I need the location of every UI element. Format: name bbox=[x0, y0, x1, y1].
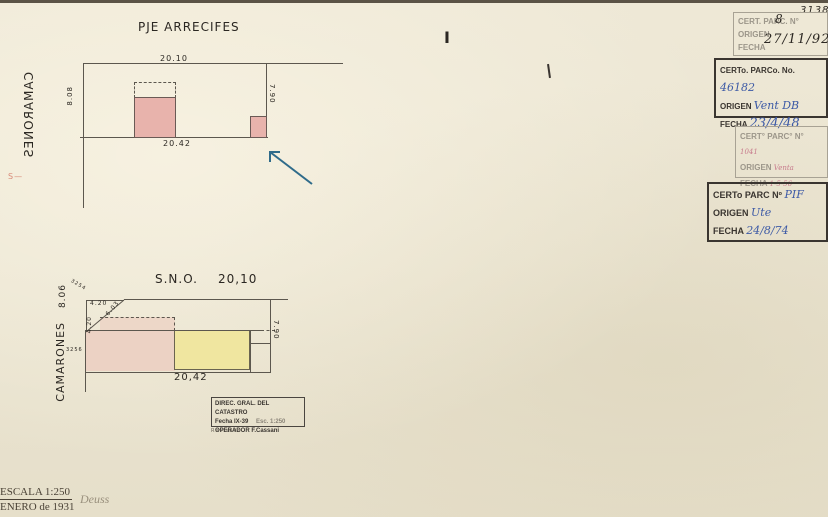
cert-value: PIF bbox=[784, 188, 803, 201]
dim-corner-a: 4.20 bbox=[90, 300, 107, 307]
fecha-label: FECHA bbox=[713, 226, 744, 236]
origen-row: ORIGEN Vent DB bbox=[720, 97, 822, 115]
fecha-row: FECHA 24/8/74 bbox=[713, 222, 822, 240]
projected-structure bbox=[134, 82, 176, 98]
tag-bottom: 3256 bbox=[66, 347, 83, 353]
lot-left-edge bbox=[85, 330, 86, 392]
catastro-fecha-row: Fecha IX-39 Esc. 1:250 bbox=[215, 418, 301, 427]
annex-divider bbox=[250, 343, 270, 344]
fecha-value: IX-39 bbox=[234, 419, 248, 425]
catastro-stamp: DIREC. GRAL. DEL CATASTRO Fecha IX-39 Es… bbox=[211, 397, 305, 427]
building-footprint bbox=[134, 97, 176, 138]
street-label-left: CAMARONES bbox=[22, 72, 36, 158]
dim-bottom: 20,42 bbox=[174, 372, 208, 383]
fecha-label: Fecha bbox=[215, 419, 232, 425]
cert-label: CERTo PARC Nº bbox=[713, 190, 782, 200]
footer-divider bbox=[0, 499, 72, 500]
handwritten-date: 27/11/92 bbox=[764, 32, 828, 47]
operador-value: F.Cassani bbox=[251, 428, 279, 434]
signature: Deuss bbox=[80, 492, 109, 507]
dim-top: 20.10 bbox=[160, 54, 188, 63]
plan-header: S.N.O. bbox=[155, 272, 198, 286]
dim-left: 8.06 bbox=[58, 284, 68, 308]
structure-left-fill bbox=[85, 330, 175, 371]
annex-footprint bbox=[250, 116, 267, 138]
registry-stamp-3: CERTo PARC Nº PIF ORIGEN Ute FECHA 24/8/… bbox=[707, 182, 828, 242]
origen-label: ORIGEN bbox=[713, 208, 749, 218]
escala-value: 1:250 bbox=[270, 419, 285, 425]
cert-value: 46182 bbox=[720, 81, 755, 94]
cert-label: CERTo. PARCo. No. bbox=[720, 66, 795, 75]
origen-label: ORIGEN bbox=[720, 102, 752, 111]
revisado-label: Revisado bbox=[211, 428, 242, 434]
lot-right-edge bbox=[270, 299, 271, 373]
dim-bottom: 20.42 bbox=[163, 139, 191, 148]
cert-row: CERT° PARC° N° 1041 bbox=[740, 129, 823, 160]
escala-label: Esc. bbox=[256, 419, 268, 425]
registry-stamp-2: CERT° PARC° N° 1041 ORIGEN Venta FECHA 1… bbox=[735, 126, 828, 178]
origen-value: Venta bbox=[774, 164, 794, 172]
structure-middle-fill bbox=[174, 330, 250, 370]
lot-left-edge bbox=[83, 63, 84, 208]
cert-row: CERTo PARC Nº PIF bbox=[713, 186, 822, 204]
cert-value: 1041 bbox=[740, 148, 758, 156]
fecha-value: 24/8/74 bbox=[746, 224, 788, 237]
annex-left-line bbox=[250, 330, 251, 372]
scan-edge bbox=[0, 0, 828, 3]
date-label: ENERO de 1931 bbox=[0, 501, 75, 513]
origen-value: Vent DB bbox=[754, 99, 799, 112]
origen-row: ORIGEN Venta bbox=[740, 160, 823, 176]
origen-label: ORIGEN bbox=[740, 163, 772, 172]
dim-left: 8.08 bbox=[66, 86, 74, 106]
lot-top-edge bbox=[83, 63, 343, 64]
pointer-arrow-icon bbox=[266, 148, 318, 188]
registry-stamp-1: CERTo. PARCo. No. 46182 ORIGEN Vent DB F… bbox=[714, 58, 828, 118]
dim-top: 20,10 bbox=[218, 272, 257, 286]
projected-structure bbox=[100, 317, 175, 331]
street-label-left: CAMARONES bbox=[54, 322, 67, 402]
stamp-note: 8 bbox=[775, 12, 784, 26]
dim-corner-b: 4.20 bbox=[86, 316, 93, 333]
page-marker: I bbox=[444, 28, 451, 47]
scale-label: ESCALA 1:250 bbox=[0, 486, 70, 498]
origen-row: ORIGEN Ute bbox=[713, 204, 822, 222]
street-label-top: PJE ARRECIFES bbox=[138, 20, 240, 34]
origen-value: Ute bbox=[751, 206, 771, 219]
left-annotation: S— bbox=[8, 172, 23, 181]
lot-top-edge bbox=[124, 299, 288, 300]
cert-label: CERT° PARC° N° bbox=[740, 132, 804, 141]
document-page bbox=[0, 0, 828, 517]
dim-right: 7.90 bbox=[268, 84, 276, 104]
dim-right: 7.90 bbox=[272, 320, 280, 340]
catastro-title: DIREC. GRAL. DEL CATASTRO bbox=[215, 400, 301, 418]
cert-row: CERTo. PARCo. No. 46182 bbox=[720, 62, 822, 97]
